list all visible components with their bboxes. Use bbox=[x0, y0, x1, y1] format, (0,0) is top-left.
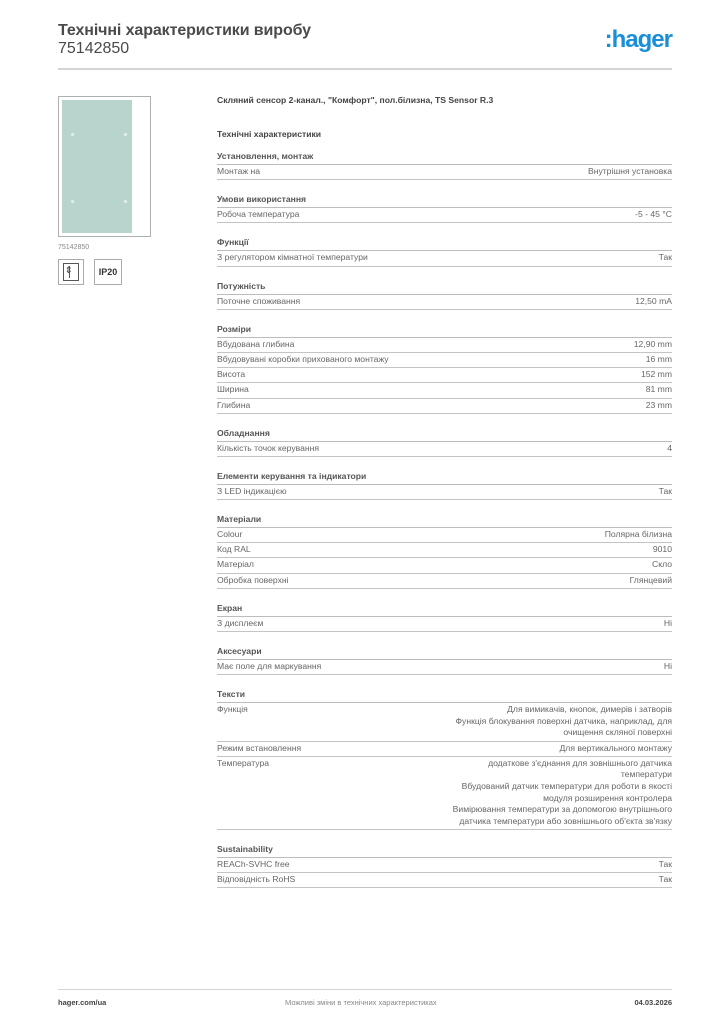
spec-label: Вбудована глибина bbox=[217, 339, 294, 351]
spec-row: З дисплеємНі bbox=[217, 617, 672, 632]
spec-row: Відповідність RoHSТак bbox=[217, 873, 672, 888]
spec-row: З LED індикацієюТак bbox=[217, 485, 672, 500]
spec-row: МатеріалСкло bbox=[217, 558, 672, 573]
spec-row: Температурадодаткове з'єднання для зовні… bbox=[217, 757, 672, 830]
spec-label: Матеріал bbox=[217, 559, 254, 571]
spec-label: Робоча температура bbox=[217, 209, 299, 221]
spec-section: SustainabilityREACh-SVHC freeТакВідповід… bbox=[217, 844, 672, 888]
vertical-mount-icon bbox=[63, 263, 79, 281]
spec-label: Код RAL bbox=[217, 544, 251, 556]
spec-row: ФункціяДля вимикачів, кнопок, димерів і … bbox=[217, 703, 672, 741]
spec-row: Кількість точок керування4 bbox=[217, 442, 672, 457]
footer-divider bbox=[58, 989, 672, 990]
spec-value: 152 mm bbox=[641, 369, 672, 381]
spec-value: Скло bbox=[652, 559, 672, 571]
section-title: Розміри bbox=[217, 324, 672, 338]
spec-label: Глибина bbox=[217, 400, 250, 412]
page-header: Технічні характеристики виробу 75142850 … bbox=[58, 22, 672, 58]
spec-row: Обробка поверхніГлянцевий bbox=[217, 574, 672, 589]
spec-value: 12,50 mA bbox=[635, 296, 672, 308]
spec-label: Монтаж на bbox=[217, 166, 260, 178]
spec-value: Для вертикального монтажу bbox=[559, 743, 672, 755]
spec-row: REACh-SVHC freeТак bbox=[217, 858, 672, 873]
spec-row: Вбудовувані коробки прихованого монтажу1… bbox=[217, 353, 672, 368]
page-title: Технічні характеристики виробу bbox=[58, 22, 672, 40]
product-name: Скляний сенсор 2-канал., "Комфорт", пол.… bbox=[217, 95, 672, 106]
spec-section: ЕкранЗ дисплеємНі bbox=[217, 603, 672, 632]
header-divider bbox=[58, 68, 672, 70]
spec-value: Так bbox=[659, 486, 672, 498]
spec-label: Має поле для маркування bbox=[217, 661, 321, 673]
spec-label: З LED індикацією bbox=[217, 486, 287, 498]
spec-label: Ширина bbox=[217, 384, 249, 396]
section-title: Установлення, монтаж bbox=[217, 151, 672, 165]
section-title: Sustainability bbox=[217, 844, 672, 858]
spec-section: ФункціїЗ регулятором кімнатної температу… bbox=[217, 237, 672, 266]
spec-label: Colour bbox=[217, 529, 242, 541]
spec-label: REACh-SVHC free bbox=[217, 859, 290, 871]
section-title: Функції bbox=[217, 237, 672, 251]
spec-row: Робоча температура-5 - 45 °C bbox=[217, 208, 672, 223]
hager-logo: :hager bbox=[605, 26, 672, 54]
spec-value: 9010 bbox=[653, 544, 672, 556]
spec-label: Кількість точок керування bbox=[217, 443, 319, 455]
section-title: Умови використання bbox=[217, 194, 672, 208]
spec-section: МатеріалиColourПолярна білизнаКод RAL901… bbox=[217, 514, 672, 589]
article-number: 75142850 bbox=[58, 40, 672, 58]
footer-site-link[interactable]: hager.com/ua bbox=[58, 998, 106, 1007]
page-footer: hager.com/ua Можливі зміни в технічних х… bbox=[58, 998, 672, 1007]
section-title: Екран bbox=[217, 603, 672, 617]
vertical-mount-badge bbox=[58, 259, 84, 285]
spec-value: Глянцевий bbox=[630, 575, 672, 587]
spec-value: Так bbox=[659, 874, 672, 886]
section-title: Потужність bbox=[217, 281, 672, 295]
spec-label: Режим встановлення bbox=[217, 743, 301, 755]
section-title: Матеріали bbox=[217, 514, 672, 528]
badges: IP20 bbox=[58, 259, 195, 285]
spec-section: ПотужністьПоточне споживання12,50 mA bbox=[217, 281, 672, 310]
footer-note: Можливі зміни в технічних характеристика… bbox=[285, 998, 437, 1007]
spec-row: Вбудована глибина12,90 mm bbox=[217, 338, 672, 353]
spec-row: Має поле для маркуванняНі bbox=[217, 660, 672, 675]
spec-section: ТекстиФункціяДля вимикачів, кнопок, диме… bbox=[217, 689, 672, 830]
product-image-panel: 75142850 IP20 bbox=[58, 96, 195, 285]
spec-value: 12,90 mm bbox=[634, 339, 672, 351]
spec-value: Ні bbox=[664, 661, 672, 673]
spec-label: Функція bbox=[217, 704, 248, 716]
spec-value: Так bbox=[659, 859, 672, 871]
spec-row: Глибина23 mm bbox=[217, 399, 672, 414]
footer-date: 04.03.2026 bbox=[634, 998, 672, 1007]
spec-value: 23 mm bbox=[646, 400, 672, 412]
spec-row: Режим встановленняДля вертикального монт… bbox=[217, 742, 672, 757]
spec-row: Поточне споживання12,50 mA bbox=[217, 295, 672, 310]
product-image bbox=[58, 96, 151, 237]
spec-value: Полярна білизна bbox=[605, 529, 672, 541]
spec-section: АксесуариМає поле для маркуванняНі bbox=[217, 646, 672, 675]
glass-sensor-illustration bbox=[62, 100, 132, 233]
spec-section: Установлення, монтажМонтаж наВнутрішня у… bbox=[217, 151, 672, 180]
tech-specs-heading: Технічні характеристики bbox=[217, 129, 672, 140]
spec-label: Висота bbox=[217, 369, 245, 381]
section-title: Обладнання bbox=[217, 428, 672, 442]
spec-label: Поточне споживання bbox=[217, 296, 300, 308]
spec-label: Обробка поверхні bbox=[217, 575, 289, 587]
spec-value: Так bbox=[659, 252, 672, 264]
spec-value: 16 mm bbox=[646, 354, 672, 366]
spec-row: З регулятором кімнатної температуриТак bbox=[217, 251, 672, 266]
spec-label: Вбудовувані коробки прихованого монтажу bbox=[217, 354, 389, 366]
spec-row: Код RAL9010 bbox=[217, 543, 672, 558]
spec-row: Висота152 mm bbox=[217, 368, 672, 383]
spec-section: ОбладнанняКількість точок керування4 bbox=[217, 428, 672, 457]
spec-section: Умови використанняРобоча температура-5 -… bbox=[217, 194, 672, 223]
spec-value: додаткове з'єднання для зовнішнього датч… bbox=[453, 758, 672, 828]
spec-value: -5 - 45 °C bbox=[635, 209, 672, 221]
spec-value: Внутрішня установка bbox=[588, 166, 672, 178]
spec-row: ColourПолярна білизна bbox=[217, 528, 672, 543]
spec-row: Монтаж наВнутрішня установка bbox=[217, 165, 672, 180]
spec-value: 4 bbox=[667, 443, 672, 455]
spec-row: Ширина81 mm bbox=[217, 383, 672, 398]
spec-label: Відповідність RoHS bbox=[217, 874, 295, 886]
spec-value: 81 mm bbox=[646, 384, 672, 396]
spec-section: Елементи керування та індикаториЗ LED ін… bbox=[217, 471, 672, 500]
section-title: Аксесуари bbox=[217, 646, 672, 660]
image-caption: 75142850 bbox=[58, 244, 195, 251]
spec-label: З дисплеєм bbox=[217, 618, 263, 630]
spec-section: РозміриВбудована глибина12,90 mmВбудовув… bbox=[217, 324, 672, 414]
spec-label: Температура bbox=[217, 758, 269, 770]
spec-sections: Установлення, монтажМонтаж наВнутрішня у… bbox=[217, 151, 672, 888]
section-title: Елементи керування та індикатори bbox=[217, 471, 672, 485]
ip-rating-badge: IP20 bbox=[94, 259, 122, 285]
spec-value: Ні bbox=[664, 618, 672, 630]
section-title: Тексти bbox=[217, 689, 672, 703]
spec-label: З регулятором кімнатної температури bbox=[217, 252, 368, 264]
spec-panel: Скляний сенсор 2-канал., "Комфорт", пол.… bbox=[217, 95, 672, 888]
spec-value: Для вимикачів, кнопок, димерів і затворі… bbox=[456, 704, 672, 739]
